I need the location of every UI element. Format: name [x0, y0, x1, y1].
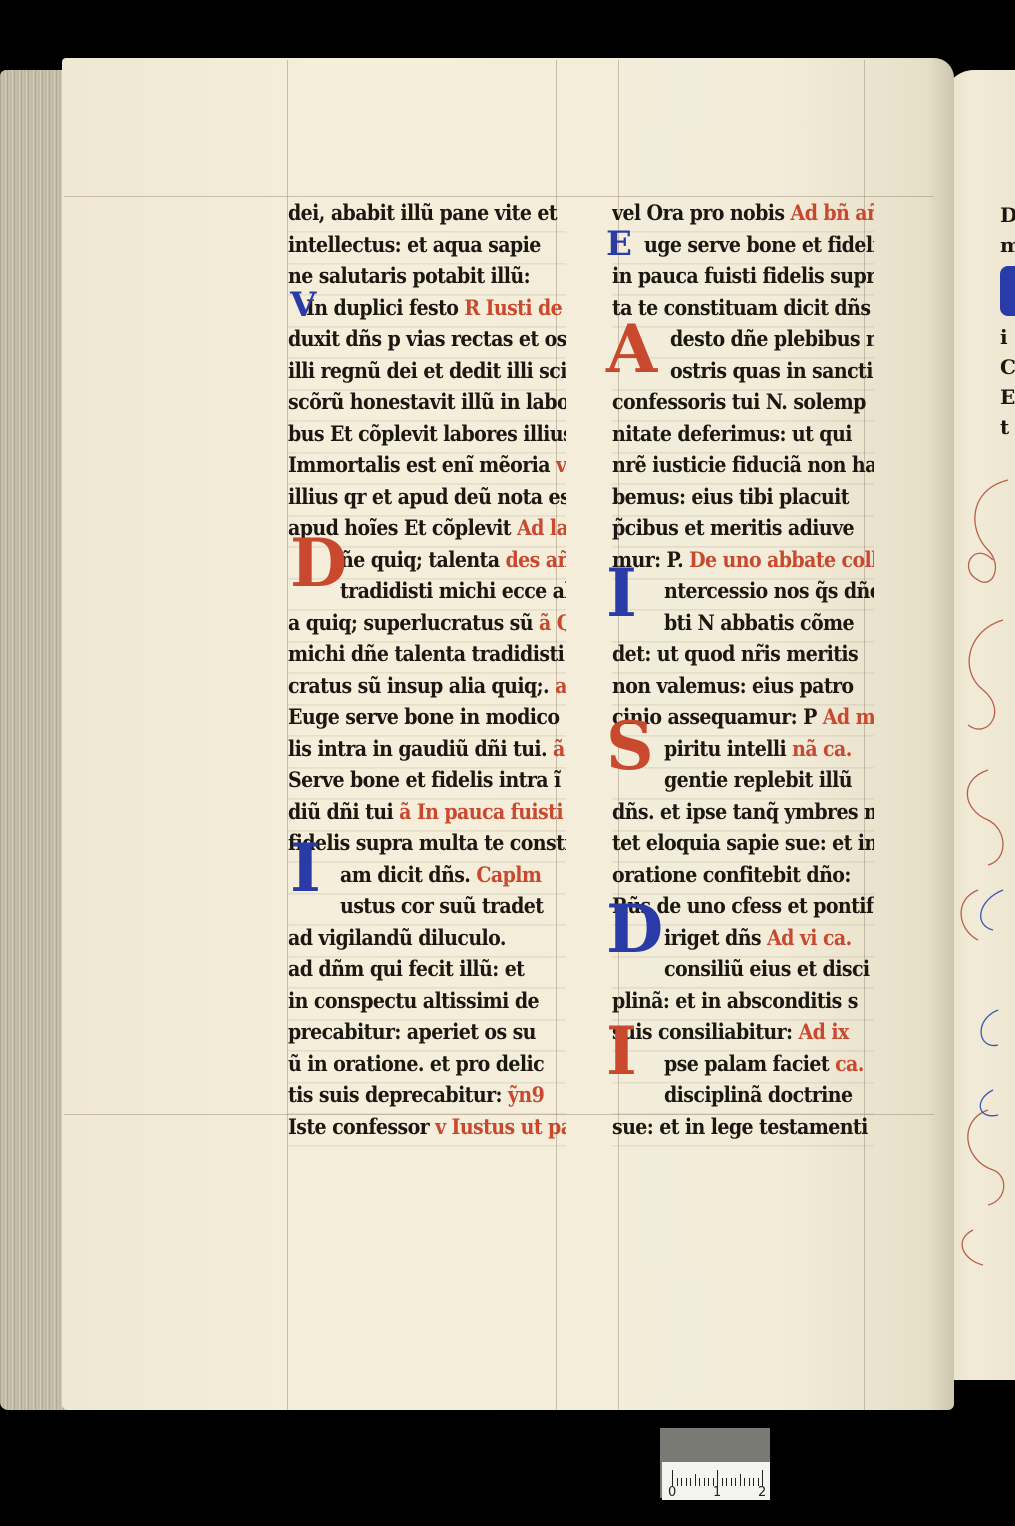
line-text: ustus cor suũ tradet [340, 893, 543, 918]
line-text: cratus sũ insup alia quiq;. [288, 673, 549, 698]
ruler-tick [699, 1478, 700, 1486]
text-line: Serve bone et fidelis intra ĩ gau [288, 763, 566, 799]
text-line: fidelis supra multa te constitu [288, 826, 566, 862]
line-text: consiliũ eius et disci [664, 956, 870, 981]
line-text: pse palam faciet [664, 1051, 829, 1076]
line-text: ostris quas in sancti [670, 358, 873, 383]
text-line: ntercessio nos q̃s dñe [612, 574, 874, 610]
text-line: Immortalis est enĩ mẽoria v [288, 448, 566, 484]
line-text: ntercessio nos q̃s dñe [664, 578, 874, 603]
ruler-tick [731, 1478, 732, 1486]
ruler-tick [722, 1478, 723, 1486]
scale-ruler: 012 [662, 1462, 770, 1500]
rubric-text: ca. [829, 1051, 864, 1076]
ruler-tick [686, 1478, 687, 1486]
text-line: suis consiliabitur: Ad ix [612, 1015, 874, 1051]
line-text: Euge serve bone in modico fide [288, 704, 566, 729]
text-line: ne salutaris potabit illũ: [288, 259, 566, 295]
rubric-text: añ [549, 673, 566, 698]
ruler-tick [740, 1474, 741, 1486]
text-line: ad dñm qui fecit illũ: et [288, 952, 566, 988]
line-text: plinã: et in absconditis s [612, 988, 858, 1013]
line-text: dñs. et ipse tanq̃ ymbres mit [612, 799, 874, 824]
ruler-label: 1 [713, 1485, 721, 1500]
line-text: det: ut quod nr̃is meritis [612, 641, 858, 666]
line-text: gentie replebit illũ [664, 767, 852, 792]
line-text: lis intra in gaudiũ dñi tui. [288, 736, 547, 761]
line-text: ñe quiq; talenta [340, 547, 499, 572]
rubric-text: De uno abbate coll [683, 547, 874, 572]
ruler-label: 2 [758, 1485, 766, 1500]
line-text: desto dñe plebibus n [670, 326, 874, 351]
text-line: ustus cor suũ tradet [288, 889, 566, 925]
line-text: disciplinã doctrine [664, 1082, 852, 1107]
text-line: disciplinã doctrine [612, 1078, 874, 1114]
rubric-text: Ad bñ añ [785, 200, 874, 225]
text-line: Euge serve bone in modico fide [288, 700, 566, 736]
line-text: Iste confessor [288, 1114, 429, 1139]
ruler-tick [672, 1470, 673, 1486]
rubric-text: des añ [499, 547, 566, 572]
initial-letter-i: I [606, 560, 637, 626]
text-line: sue: et in lege testamenti [612, 1109, 874, 1145]
ruler-tick [695, 1474, 696, 1486]
line-text: confessoris tui N. solemp [612, 389, 866, 414]
rubric-text: Coll [870, 295, 874, 320]
rubric-text: ã Quiq; [533, 610, 566, 635]
ruler-tick [735, 1478, 736, 1486]
line-text: tradidisti michi ecce ali [340, 578, 566, 603]
text-line: det: ut quod nr̃is meritis [612, 637, 874, 673]
blue-initial-fragment [1000, 266, 1015, 316]
line-text: bus Et cõplevit labores illius [288, 421, 566, 446]
line-text: Immortalis est enĩ mẽoria [288, 452, 550, 477]
ruler-tick [753, 1478, 754, 1486]
line-text: oratione confitebit dño: [612, 862, 851, 887]
text-line: confessoris tui N. solemp [612, 385, 874, 421]
rubric-text: Ad lau [511, 515, 566, 540]
line-text: a quiq; superlucratus sũ [288, 610, 533, 635]
page-stack-edges [0, 70, 68, 1410]
initial-letter-i: I [606, 1018, 637, 1084]
rubric-text: ã [547, 736, 565, 761]
ruler-tick [726, 1478, 727, 1486]
marginal-flourish-decoration [948, 470, 1015, 1270]
line-text: scõrũ honestavit illũ in labou [288, 389, 566, 414]
line-text: sue: et in lege testamenti [612, 1114, 868, 1139]
line-text: bti N abbatis cõme [664, 610, 854, 635]
line-text: tis suis deprecabitur: [288, 1082, 502, 1107]
text-line: michi dñe talenta tradidisti lu [288, 637, 566, 673]
line-text: bemus: eius tibi placuit [612, 484, 849, 509]
text-line: tis suis deprecabitur: ỹn9 [288, 1078, 566, 1114]
line-text: suis consiliabitur: [612, 1019, 792, 1044]
line-text: vel Ora pro nobis [612, 200, 785, 225]
left-text-column: dei, ababit illũ pane vite etintellectus… [288, 198, 566, 1143]
text-line: vel Ora pro nobis Ad bñ añ [612, 196, 874, 232]
text-line: tet eloquia sapie sue: et in [612, 826, 874, 862]
rubric-text: v [550, 452, 566, 477]
text-line: Iste confessor v Iustus ut pal. [288, 1109, 566, 1145]
line-text: ad dñm qui fecit illũ: et [288, 956, 524, 981]
text-line: scõrũ honestavit illũ in labou [288, 385, 566, 421]
line-text: iriget dñs [664, 925, 761, 950]
line-text: ũ in oratione. et pro delic [288, 1051, 544, 1076]
line-text: nitate deferimus: ut qui [612, 421, 852, 446]
facing-page-text-fragment: D m i C E t [1000, 200, 1015, 442]
line-text: dei, ababit illũ pane vite et [288, 200, 557, 225]
line-text: diũ dñi tui [288, 799, 393, 824]
ruler-tick [708, 1478, 709, 1486]
line-text: precabitur: aperiet os su [288, 1019, 536, 1044]
line-text: non valemus: eius patro [612, 673, 854, 698]
initial-letter-a: A [606, 316, 657, 382]
ruler-tick [749, 1478, 750, 1486]
line-text: uge serve bone et fidelis q̃a [644, 232, 874, 257]
ruler-label: 0 [668, 1485, 676, 1500]
rubric-text: v Iustus ut pal. [429, 1114, 566, 1139]
text-line: duxit dñs p vias rectas et ostẽdit [288, 322, 566, 358]
ruler-tick [704, 1478, 705, 1486]
ruler-tick [677, 1478, 678, 1486]
line-text: illius qr et apud deũ nota est et [288, 484, 566, 509]
line-text: intellectus: et aqua sapie [288, 232, 541, 257]
line-text: duxit dñs p vias rectas et ostẽdit [288, 326, 566, 351]
text-line: nrẽ iusticie fiduciã non ha [612, 448, 874, 484]
initial-letter-d: D [606, 896, 663, 962]
ruler-tick [717, 1470, 718, 1486]
line-text: piritu intelli [664, 736, 786, 761]
rubric-text: ỹn9 [502, 1082, 544, 1107]
text-line: dei, ababit illũ pane vite et [288, 196, 566, 232]
line-text: am dicit dñs. [340, 862, 470, 887]
ruler-tick [744, 1478, 745, 1486]
text-line: in pauca fuisti fidelis supra mul [612, 259, 874, 295]
rubric-text: Ad vi ca. [761, 925, 852, 950]
rubric-text: Caplm [470, 862, 541, 887]
initial-letter-s: S [606, 713, 654, 779]
line-text: tet eloquia sapie sue: et in [612, 830, 874, 855]
line-text: in pauca fuisti fidelis supra mul [612, 263, 874, 288]
rubric-text: Ad ix [792, 1019, 848, 1044]
line-text: michi dñe talenta tradidisti lu [288, 641, 566, 666]
rubric-text: R Iusti de [458, 295, 562, 320]
line-text: illi regnũ dei et dedit illi scientiã [288, 358, 566, 383]
initial-letter-i: I [290, 835, 321, 901]
text-line: precabitur: aperiet os su [288, 1015, 566, 1051]
ruler-tick [681, 1478, 682, 1486]
rubric-text: Ad m [817, 704, 874, 729]
line-text: Serve bone et fidelis intra ĩ gau [288, 767, 566, 792]
line-text: ad vigilandũ diluculo. [288, 925, 506, 950]
rubric-text: nã ca. [786, 736, 852, 761]
initial-letter-d: D [290, 530, 347, 596]
line-text: in conspectu altissimi de [288, 988, 539, 1013]
initial-letter-v: V [290, 288, 316, 322]
line-text: p̃cibus et meritis adiuve [612, 515, 854, 540]
text-line: p̃cibus et meritis adiuve [612, 511, 874, 547]
line-text: fidelis supra multa te constitu [288, 830, 566, 855]
line-text: ne salutaris potabit illũ: [288, 263, 530, 288]
line-text: In duplici festo [306, 295, 458, 320]
ruler-tick [762, 1470, 763, 1486]
ruler-tick [690, 1478, 691, 1486]
initial-letter-e: E [606, 227, 632, 261]
rubric-text: ã In pauca fuisti [393, 799, 563, 824]
line-text: nrẽ iusticie fiduciã non ha [612, 452, 874, 477]
